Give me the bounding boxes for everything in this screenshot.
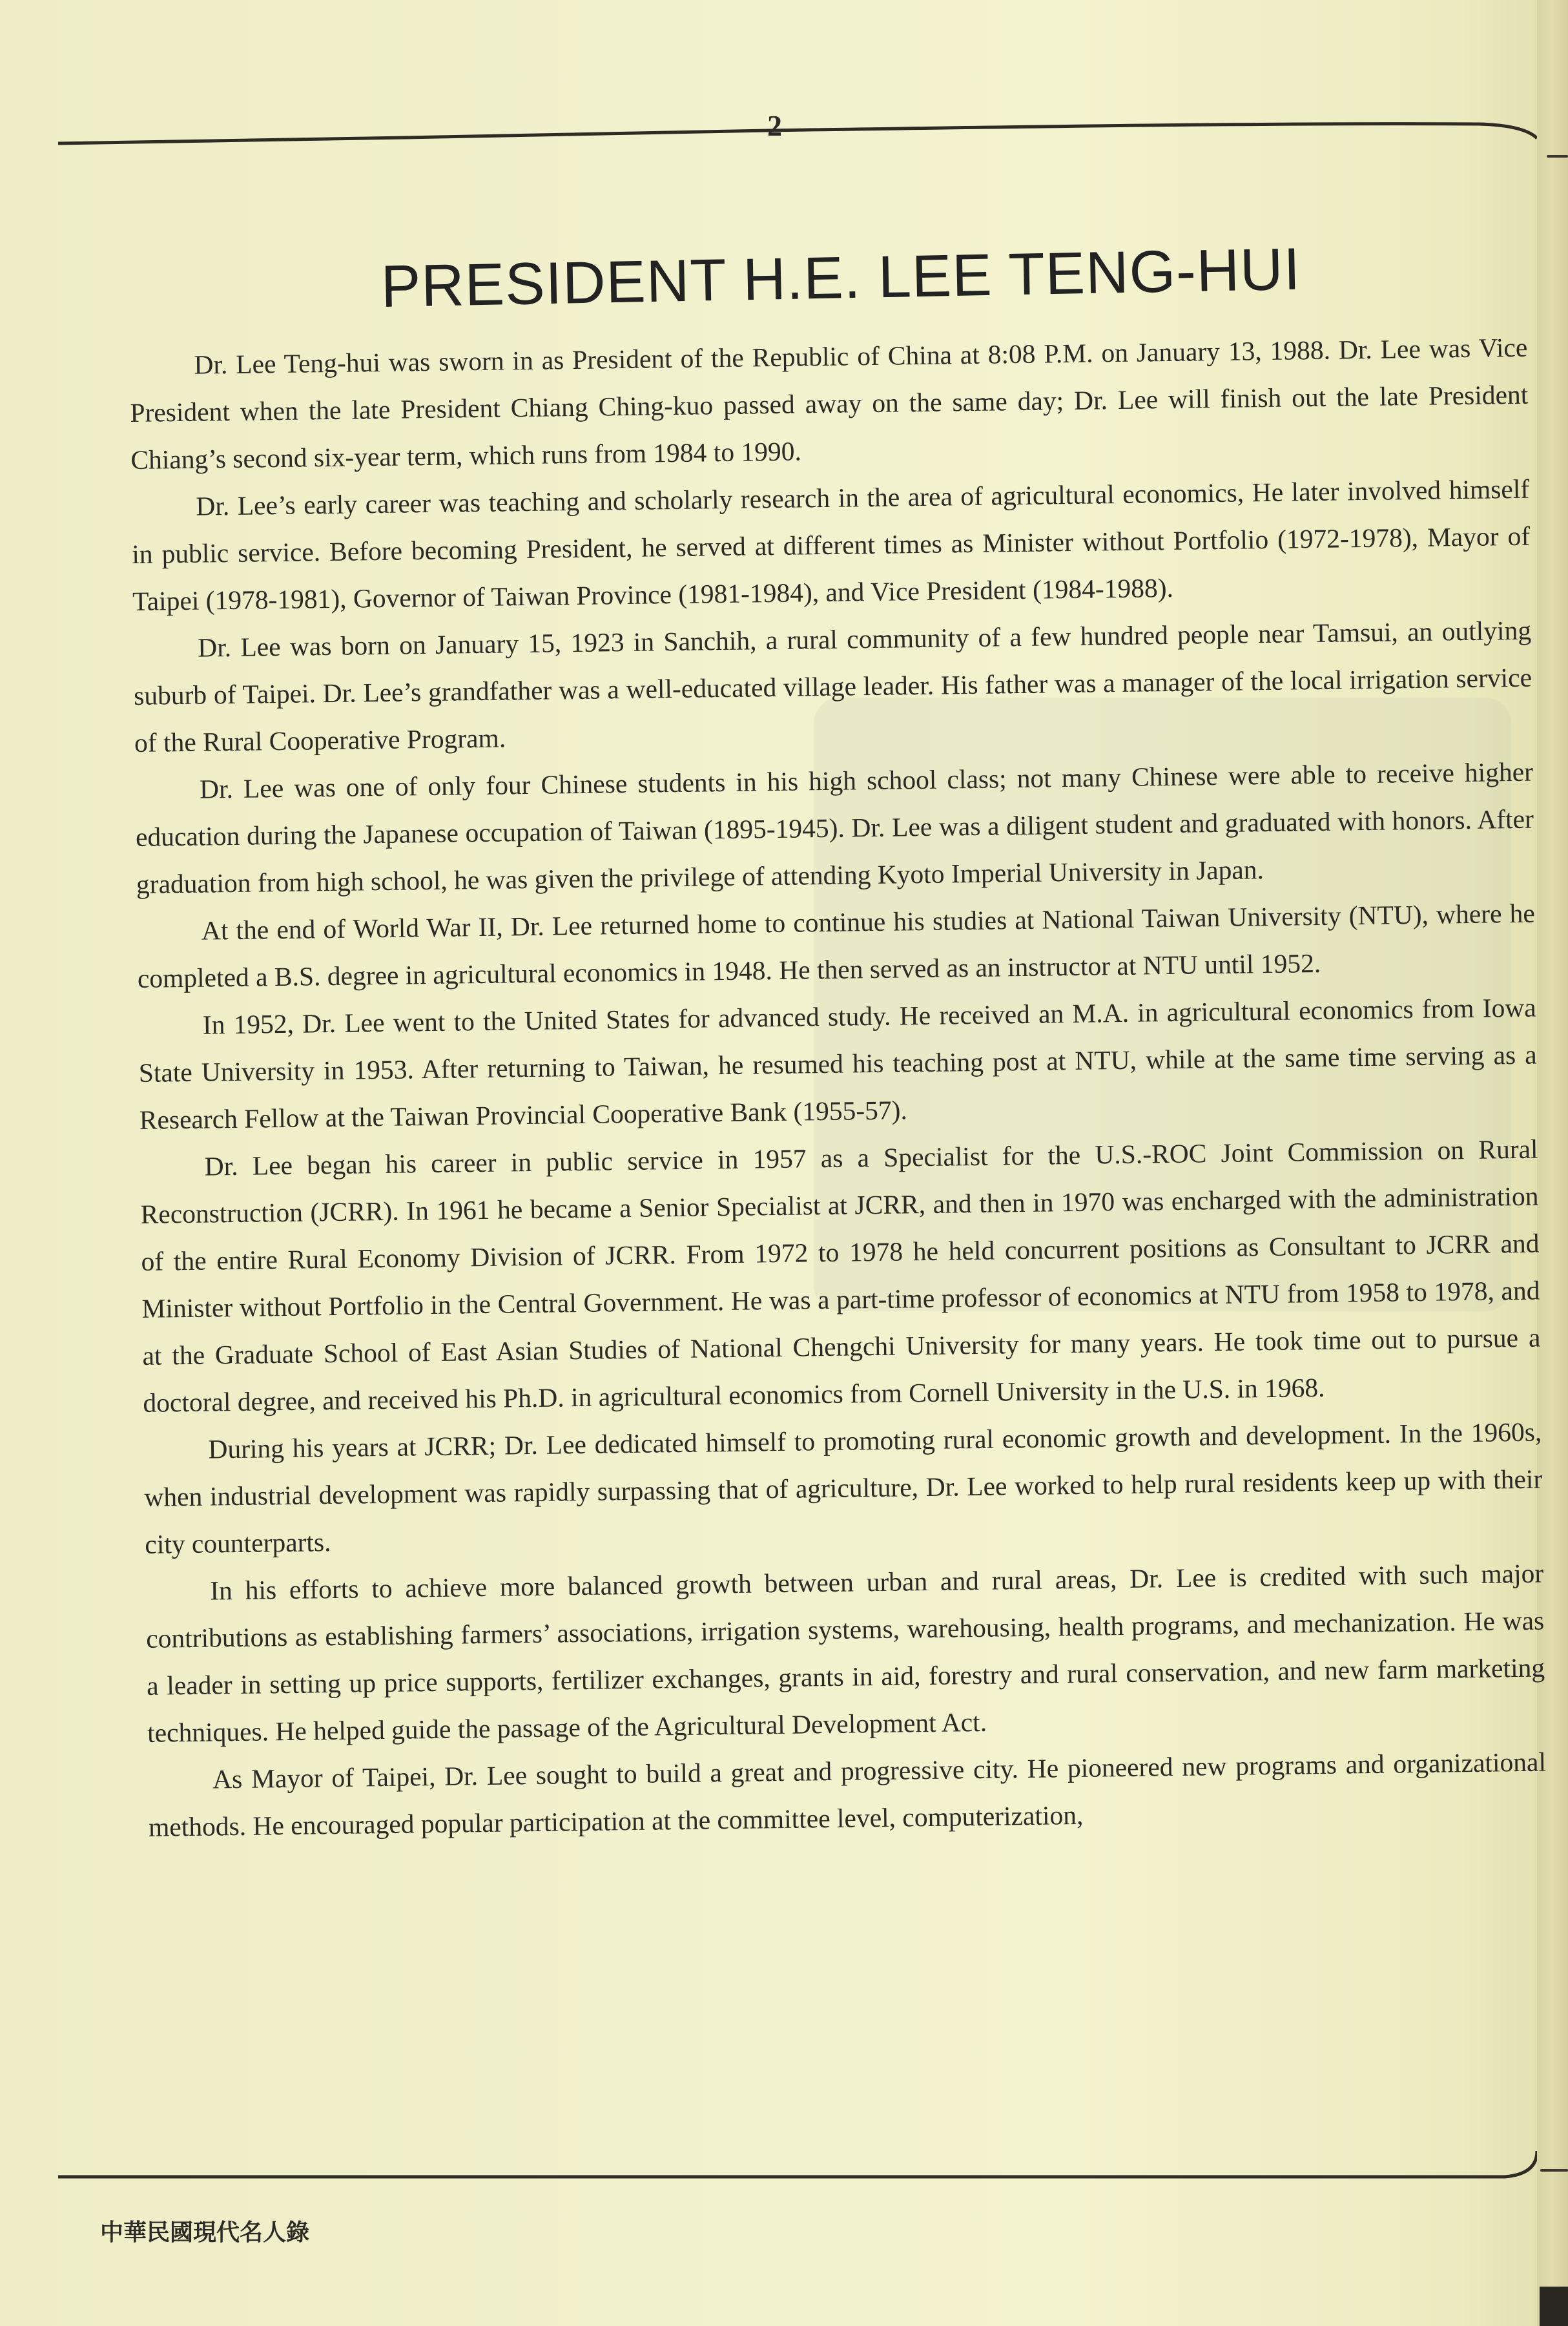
paragraph: Dr. Lee was born on January 15, 1923 in … bbox=[133, 607, 1533, 767]
paragraph: Dr. Lee Teng-hui was sworn in as Preside… bbox=[129, 324, 1529, 484]
paragraph: Dr. Lee began his career in public servi… bbox=[139, 1126, 1542, 1427]
paragraph: In 1952, Dr. Lee went to the United Stat… bbox=[138, 984, 1538, 1144]
body-text: Dr. Lee Teng-hui was sworn in as Preside… bbox=[129, 324, 1547, 1851]
paragraph: As Mayor of Taipei, Dr. Lee sought to bu… bbox=[148, 1738, 1547, 1851]
paragraph: Dr. Lee was one of only four Chinese stu… bbox=[135, 749, 1535, 908]
paragraph: During his years at JCRR; Dr. Lee dedica… bbox=[143, 1409, 1543, 1568]
paragraph: At the end of World War II, Dr. Lee retu… bbox=[136, 890, 1536, 1002]
book-page-edge bbox=[1537, 0, 1568, 2326]
next-page-rule-mark bbox=[1540, 2169, 1568, 2172]
paragraph: Dr. Lee’s early career was teaching and … bbox=[131, 466, 1531, 625]
footer-rule bbox=[58, 2144, 1537, 2203]
header-rule bbox=[58, 116, 1537, 174]
publication-title: 中華民國現代名人錄 bbox=[100, 2214, 309, 2247]
dark-corner bbox=[1540, 2287, 1568, 2326]
next-page-rule-mark bbox=[1547, 155, 1568, 158]
paragraph: In his efforts to achieve more balanced … bbox=[145, 1550, 1546, 1756]
